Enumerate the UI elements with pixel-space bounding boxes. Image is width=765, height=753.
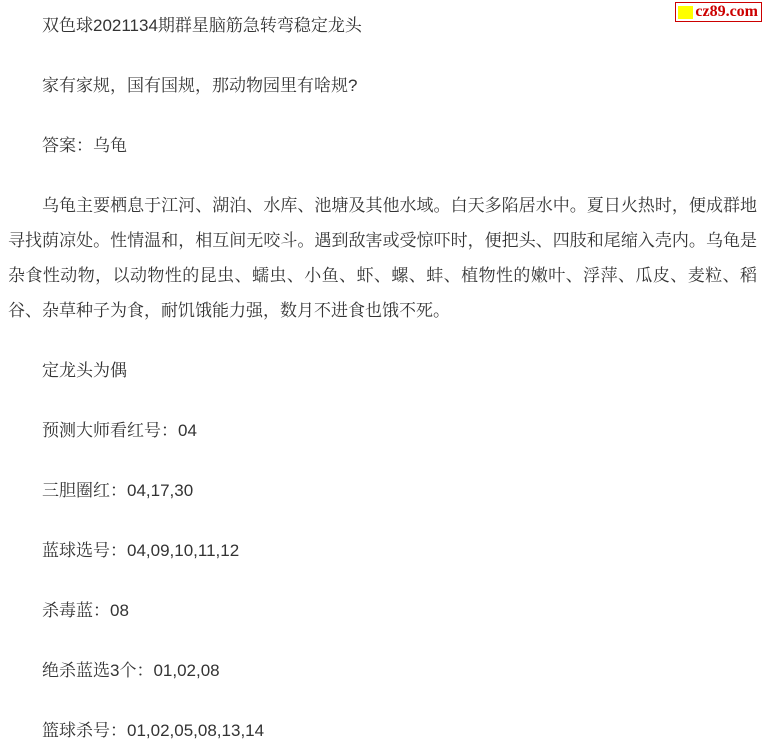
logo-square-icon bbox=[678, 6, 693, 19]
red-number-prediction: 预测大师看红号：04 bbox=[8, 413, 757, 448]
exclude-blue-three-prediction: 绝杀蓝选3个：01,02,08 bbox=[8, 653, 757, 688]
turtle-description: 乌龟主要栖息于江河、湖泊、水库、池塘及其他水域。白天多陷居水中。夏日火热时，便成… bbox=[8, 188, 757, 328]
site-logo[interactable]: cz89.com bbox=[675, 2, 762, 22]
three-dan-red-prediction: 三胆圈红：04,17,30 bbox=[8, 473, 757, 508]
blue-kill-numbers: 篮球杀号：01,02,05,08,13,14 bbox=[8, 713, 757, 748]
riddle-answer: 答案：乌龟 bbox=[8, 128, 757, 163]
logo-text: cz89.com bbox=[695, 4, 758, 20]
kill-blue-prediction: 杀毒蓝：08 bbox=[8, 593, 757, 628]
blue-ball-selection: 蓝球选号：04,09,10,11,12 bbox=[8, 533, 757, 568]
dragon-head-prediction: 定龙头为偶 bbox=[8, 353, 757, 388]
article-title: 双色球2021134期群星脑筋急转弯稳定龙头 bbox=[8, 8, 757, 43]
riddle-question: 家有家规，国有国规，那动物园里有啥规? bbox=[8, 68, 757, 103]
